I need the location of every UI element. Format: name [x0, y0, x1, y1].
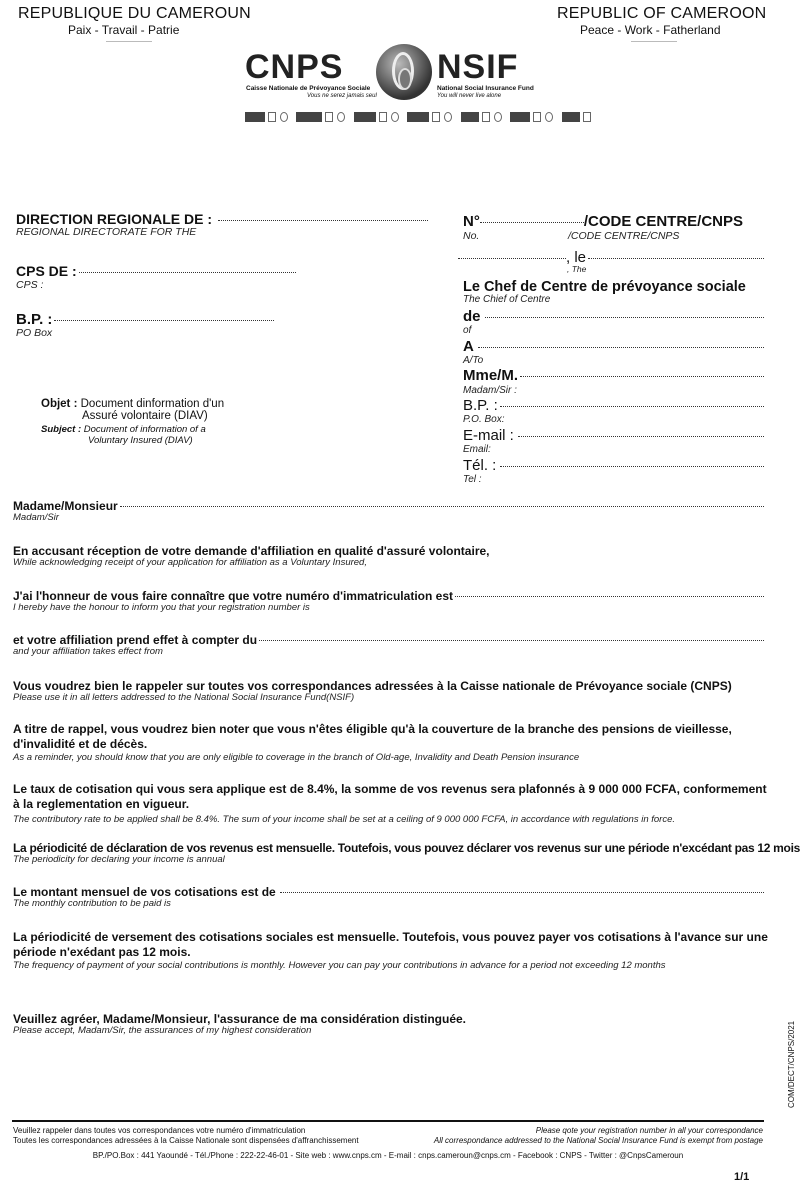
chief-title-en: The Chief of Centre [463, 294, 550, 305]
sender-bp-field[interactable]: B.P. : [16, 311, 274, 328]
reference-number-field[interactable]: N°/CODE CENTRE/CNPS [463, 213, 763, 230]
salutation-label-en: Madam/Sir [13, 512, 59, 524]
recipient-de-label: de [463, 308, 481, 325]
cps-label-en: CPS : [16, 279, 43, 291]
ref-code-label: /CODE CENTRE/CNPS [584, 213, 743, 230]
paragraph-reminder-en: Please use it in all letters addressed t… [13, 692, 354, 704]
monthly-contribution-label-en: The monthly contribution to be paid is [13, 898, 171, 910]
recipient-a-label: A [463, 338, 474, 355]
subject-text-en-2: Voluntary Insured (DIAV) [41, 435, 224, 446]
recipient-de-label-en: of [463, 325, 471, 336]
date-le-label-en: , The [567, 264, 586, 274]
footer-right-line-2: All correspondance addressed to the Nati… [434, 1135, 763, 1146]
closing-en: Please accept, Madam/Sir, the assurances… [13, 1025, 311, 1037]
header-right-rule [631, 41, 677, 42]
recipient-bp-field[interactable]: B.P. : [463, 397, 764, 414]
effective-date-label-en: and your affiliation takes effect from [13, 646, 163, 658]
paragraph-declaration-en: The periodicity for declaring your incom… [13, 854, 225, 866]
cps-label: CPS DE : [16, 263, 77, 279]
logo-nsif-tagline: You will never live alone [437, 93, 501, 99]
footer-rule [12, 1120, 764, 1122]
logo-cnps-word: CNPS [245, 48, 343, 87]
footer-left-line-2: Toutes les correspondances adressées à l… [13, 1135, 359, 1146]
recipient-a-label-en: A/To [463, 355, 483, 366]
footer-contact-info: BP./PO.Box : 441 Yaoundé - Tél./Phone : … [0, 1150, 776, 1161]
certification-badges [245, 108, 595, 126]
recipient-de-field[interactable]: de [463, 308, 764, 325]
paragraph-eligibility-fr: A titre de rappel, vous voudrez bien not… [13, 722, 768, 752]
header-right-title: REPUBLIC OF CAMEROON [557, 5, 766, 23]
family-emblem-icon [376, 44, 432, 100]
recipient-bp-label-en: P.O. Box: [463, 414, 505, 425]
cps-field[interactable]: CPS DE : [16, 263, 296, 279]
recipient-email-label-en: Email: [463, 444, 491, 455]
place-date-field[interactable]: , le [458, 249, 764, 266]
paragraph-payment-en: The frequency of payment of your social … [13, 960, 666, 972]
paragraph-payment-fr: La périodicité de versement des cotisati… [13, 930, 768, 960]
subject-text-en-1: Document of information of a [84, 424, 206, 435]
page-number: 1/1 [734, 1171, 749, 1183]
paragraph-acknowledgement-en: While acknowledging receipt of your appl… [13, 557, 367, 569]
subject-block: Objet : Document dinformation d'un Assur… [41, 398, 224, 446]
recipient-email-field[interactable]: E-mail : [463, 427, 764, 444]
recipient-email-label: E-mail : [463, 427, 514, 444]
paragraph-rate-en: The contributory rate to be applied shal… [13, 814, 675, 826]
recipient-name-label-en: Madam/Sir : [463, 385, 517, 396]
sender-bp-label: B.P. : [16, 311, 52, 328]
header-left-rule [106, 41, 152, 42]
paragraph-rate-fr: Le taux de cotisation qui vous sera appl… [13, 782, 768, 812]
logo-cnps-caption: Caisse Nationale de Prévoyance Sociale [246, 85, 370, 92]
ref-no-label: N° [463, 213, 480, 230]
recipient-bp-label: B.P. : [463, 397, 498, 414]
recipient-name-label: Mme/M. [463, 367, 518, 384]
recipient-a-field[interactable]: A [463, 338, 764, 355]
recipient-tel-label: Tél. : [463, 457, 496, 474]
recipient-tel-field[interactable]: Tél. : [463, 457, 764, 474]
chief-title: Le Chef de Centre de prévoyance sociale [463, 279, 746, 295]
sender-bp-label-en: PO Box [16, 327, 52, 339]
direction-label: DIRECTION REGIONALE DE : [16, 211, 212, 227]
direction-field[interactable]: DIRECTION REGIONALE DE : [16, 211, 428, 227]
ref-no-label-en: No. [463, 230, 479, 242]
header-right-motto: Peace - Work - Fatherland [580, 23, 721, 37]
document-code: COM/DECT/CNPS/2021 [787, 1021, 796, 1108]
ref-code-label-en: /CODE CENTRE/CNPS [568, 230, 679, 242]
direction-label-en: REGIONAL DIRECTORATE FOR THE [16, 226, 196, 238]
subject-text-fr-1: Document dinformation d'un [81, 398, 224, 410]
logo-cnps-tagline: Vous ne serez jamais seul [307, 93, 377, 99]
subject-text-fr-2: Assuré volontaire (DIAV) [41, 410, 224, 422]
salutation-field[interactable]: Madame/Monsieur [13, 499, 764, 514]
cnps-nsif-logo: CNPS NSIF Caisse Nationale de Prévoyance… [245, 44, 540, 124]
logo-nsif-word: NSIF [437, 48, 518, 87]
subject-label-en: Subject : [41, 424, 81, 435]
logo-nsif-caption: National Social Insurance Fund [437, 85, 534, 92]
registration-number-label-en: I hereby have the honour to inform you t… [13, 602, 310, 614]
header-left-title: REPUBLIQUE DU CAMEROUN [18, 5, 251, 23]
recipient-tel-label-en: Tel : [463, 474, 482, 485]
header-left-motto: Paix - Travail - Patrie [68, 23, 179, 37]
paragraph-eligibility-en: As a reminder, you should know that you … [13, 752, 579, 764]
subject-label-fr: Objet : [41, 398, 77, 410]
recipient-name-field[interactable]: Mme/M. [463, 367, 764, 384]
